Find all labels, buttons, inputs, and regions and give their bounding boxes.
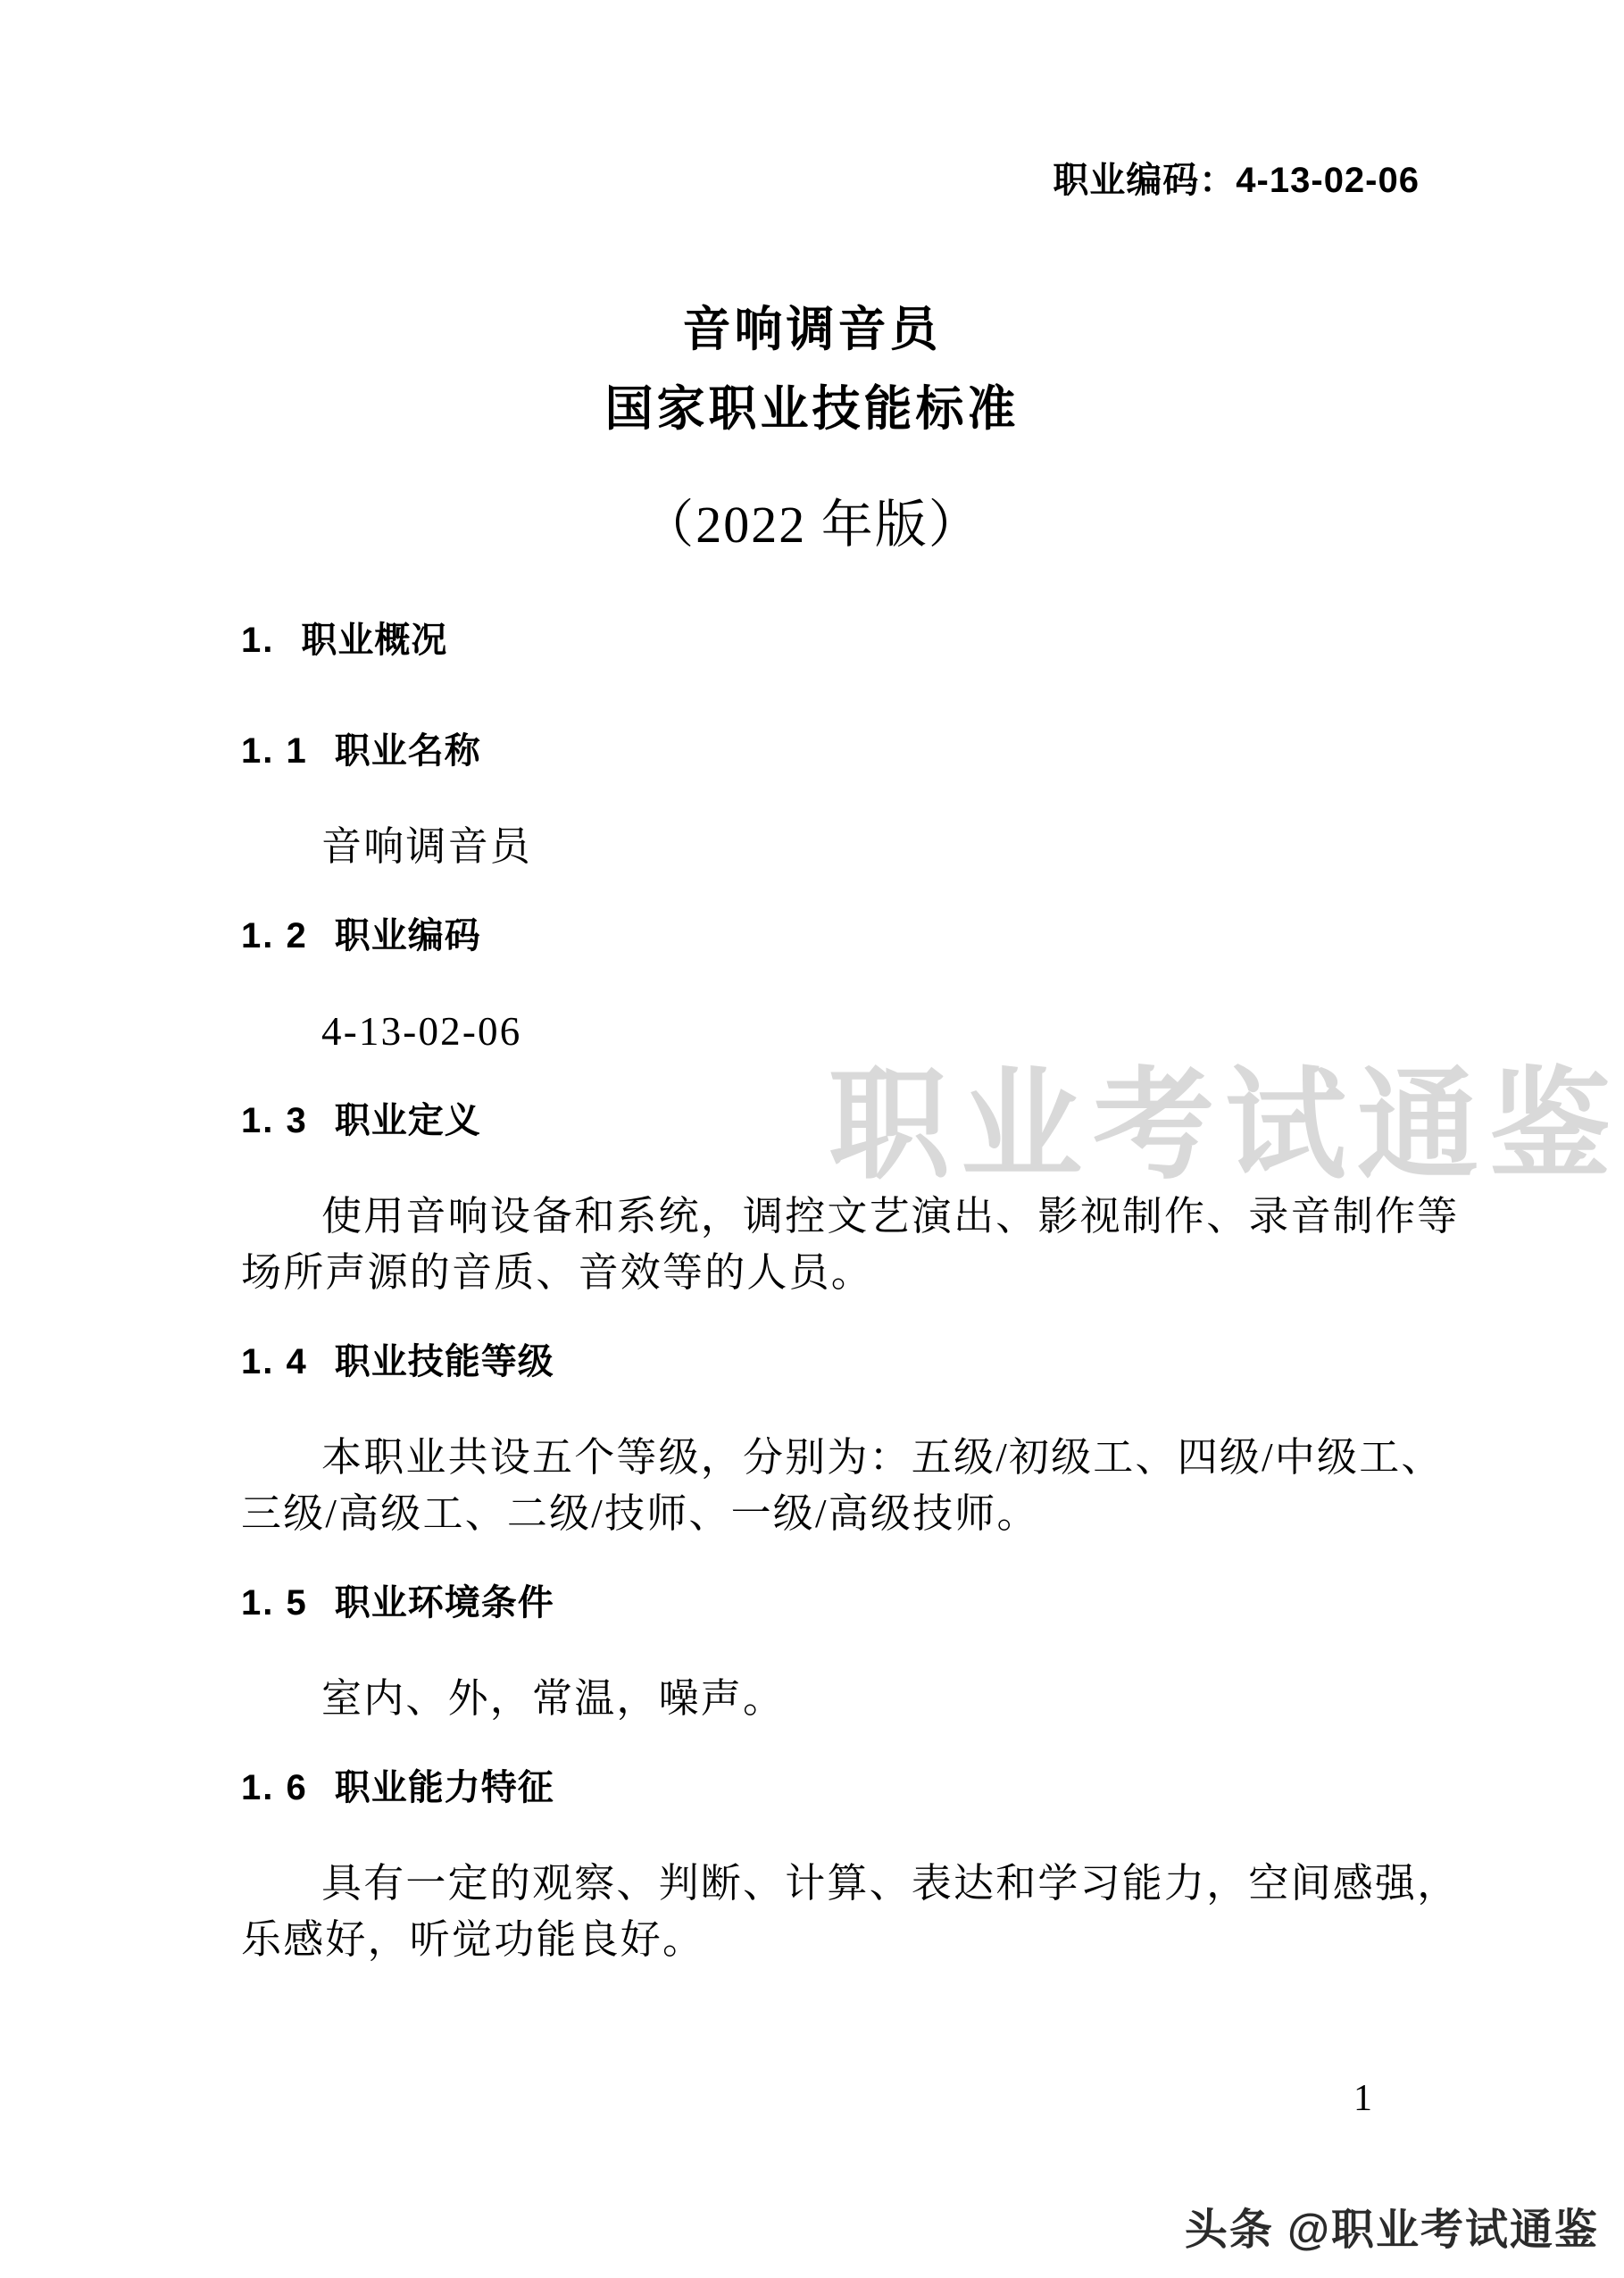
page-number: 1 [1353,2077,1372,2120]
section-heading: 1. 3职业定义 [241,1101,1428,1140]
section-1-4: 1. 4职业技能等级 本职业共设五个等级，分别为：五级/初级工、四级/中级工、 … [241,1342,1428,1542]
section-1-3: 1. 3职业定义 使用音响设备和系统，调控文艺演出、影视制作、录音制作等 场所声… [241,1101,1428,1301]
body-line: 三级/高级工、二级/技师、一级/高级技师。 [241,1486,1428,1542]
document-title-line1: 音响调音员 [0,291,1624,360]
edition-year: （2022 年版） [0,482,1624,557]
section-body: 具有一定的观察、判断、计算、表达和学习能力，空间感强， 乐感好，听觉功能良好。 [241,1856,1428,1968]
section-title: 职业技能等级 [335,1342,554,1381]
section-heading: 1.职业概况 [241,621,1428,660]
section-body: 音响调音员 [241,819,1428,875]
section-heading: 1. 1职业名称 [241,731,1428,771]
section-title: 职业编码 [335,916,481,955]
section-number: 1. [241,621,274,660]
section-heading: 1. 4职业技能等级 [241,1342,1428,1381]
section-title: 职业环境条件 [335,1583,554,1623]
section-body: 使用音响设备和系统，调控文艺演出、影视制作、录音制作等 场所声源的音质、音效等的… [241,1189,1428,1301]
document-title-line2: 国家职业技能标准 [0,371,1624,439]
section-number: 1. 5 [241,1583,308,1623]
footer-credit-watermark: 头条 @职业考试通鉴 [1185,2195,1599,2257]
body-line: 音响调音员 [241,819,1428,875]
section-heading: 1. 6职业能力特征 [241,1768,1428,1807]
section-heading: 1. 5职业环境条件 [241,1583,1428,1623]
body-line: 乐感好，听觉功能良好。 [241,1912,1428,1968]
section-title: 职业定义 [335,1101,481,1140]
section-number: 1. 4 [241,1342,308,1381]
body-line: 室内、外，常温，噪声。 [241,1671,1428,1727]
section-number: 1. 3 [241,1101,308,1140]
section-title: 职业概况 [301,621,447,660]
section-1-5: 1. 5职业环境条件 室内、外，常温，噪声。 [241,1583,1428,1727]
section-1-2: 1. 2职业编码 4-13-02-06 [241,916,1428,1060]
section-1-1: 1. 1职业名称 音响调音员 [241,731,1428,875]
document-body: 1.职业概况 1. 1职业名称 音响调音员 1. 2职业编码 4-13-02-0… [241,621,1428,1968]
document-page: 职业编码：4-13-02-06 音响调音员 国家职业技能标准 （2022 年版）… [0,0,1624,2278]
section-1-6: 1. 6职业能力特征 具有一定的观察、判断、计算、表达和学习能力，空间感强， 乐… [241,1768,1428,1968]
section-number: 1. 1 [241,731,308,771]
body-line: 场所声源的音质、音效等的人员。 [241,1245,1428,1301]
body-line: 具有一定的观察、判断、计算、表达和学习能力，空间感强， [241,1856,1428,1912]
section-1: 1.职业概况 [241,621,1428,660]
section-number: 1. 2 [241,916,308,955]
section-title: 职业名称 [335,731,481,771]
section-body: 4-13-02-06 [241,1004,1428,1060]
section-number: 1. 6 [241,1768,308,1807]
section-heading: 1. 2职业编码 [241,916,1428,955]
section-body: 室内、外，常温，噪声。 [241,1671,1428,1727]
body-line: 本职业共设五个等级，分别为：五级/初级工、四级/中级工、 [241,1430,1428,1486]
section-title: 职业能力特征 [335,1768,554,1807]
body-line: 4-13-02-06 [241,1004,1428,1060]
occupation-code-header: 职业编码：4-13-02-06 [1053,152,1420,203]
body-line: 使用音响设备和系统，调控文艺演出、影视制作、录音制作等 [241,1189,1428,1245]
section-body: 本职业共设五个等级，分别为：五级/初级工、四级/中级工、 三级/高级工、二级/技… [241,1430,1428,1542]
